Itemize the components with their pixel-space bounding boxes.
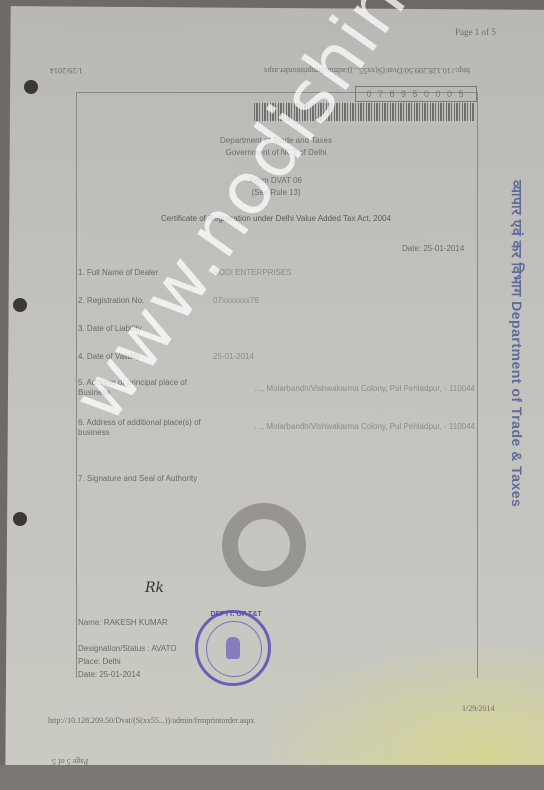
background-surface <box>0 765 544 790</box>
field-value: 25-01-2014 <box>213 352 254 361</box>
certificate-date: Date: 25-01-2014 <box>402 244 464 253</box>
footer-page-label: Page 5 of 5 <box>52 757 88 766</box>
signature: Rk <box>145 580 164 596</box>
signatory-name: Name: RAKESH KUMAR <box>78 618 168 627</box>
department-side-stamp: व्यापार एवं कर विभाग Department of Trade… <box>508 180 527 507</box>
field-value: …, Molarbandh/Vishwakarma Colony, Pul Pe… <box>215 384 475 393</box>
header-date: 1/29/2014 <box>50 66 82 75</box>
emblem-icon <box>226 637 240 659</box>
signatory-place: Place: Delhi <box>78 657 121 666</box>
signatory-date: Date: 25-01-2014 <box>78 670 140 679</box>
seal-impression <box>222 503 306 587</box>
field-label: 7. Signature and Seal of Authority <box>78 474 218 484</box>
page-label: Page 1 of 5 <box>455 27 496 37</box>
punch-hole <box>13 298 27 312</box>
field-label: 6. Address of additional place(s) of bus… <box>78 418 218 438</box>
punch-hole <box>24 80 38 94</box>
barcode-number: 0 7 6 9 5 0 0 0 5 <box>355 86 477 102</box>
official-stamp: DEPTT. OF T&T <box>195 610 271 686</box>
punch-hole <box>13 512 27 526</box>
signatory-designation: Designation/Status : AVATO <box>78 644 196 653</box>
field-value: …, Molarbandh/Vishwakarma Colony, Pul Pe… <box>215 422 475 431</box>
footer-url: http://10.128.209.50/Dvat/(S(xx55...))/a… <box>48 716 428 725</box>
footer-date: 1/29/2014 <box>462 704 494 713</box>
stamp-text: DEPTT. OF T&T <box>198 611 274 618</box>
